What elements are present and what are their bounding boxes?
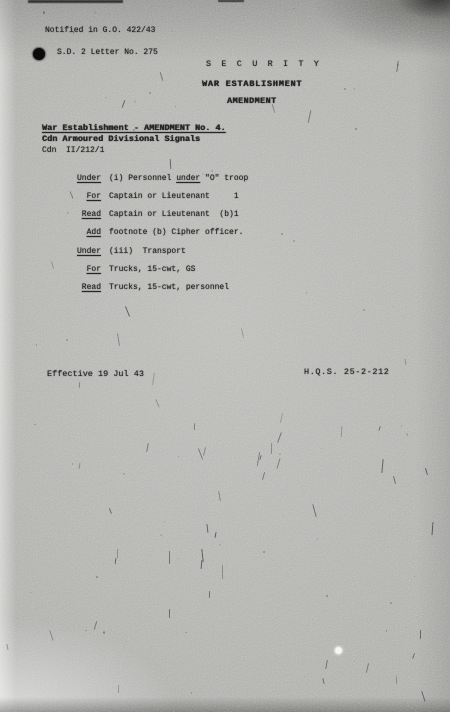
speck [178,558,179,559]
speck [105,97,107,99]
scratch-mark [259,455,261,460]
hole-punch-dot [33,48,45,60]
speck [191,692,192,693]
notified-line: Notified in G.O. 422/43 [45,26,155,36]
speck [304,676,305,677]
speck [321,448,322,449]
corner-smudge [396,0,450,20]
speck [354,661,355,662]
speck [414,576,415,577]
scratch-mark [241,328,244,338]
scratch-mark [117,549,118,558]
scratch-mark [169,551,170,564]
security-classification: S E C U R I T Y [206,59,322,69]
scratch-mark [420,630,421,639]
scratch-mark [109,508,112,514]
scratch-mark [425,468,428,475]
amendment-text: Trucks, 15-cwt, personnel [101,283,229,293]
amendment-row: Under (iii) Transport [70,247,186,257]
scratch-mark [170,159,172,169]
speck [185,632,187,634]
scratch-mark [79,382,80,388]
scratch-mark [206,524,208,534]
scratch-mark [51,261,54,269]
speck [123,473,125,475]
speck [355,128,357,130]
speck [283,515,284,516]
scratch-mark [209,591,210,598]
amendment-row: For Captain or Lieutenant 1 [70,192,239,202]
speck [149,92,151,94]
speck [293,8,295,10]
amendment-text: Trucks, 15-cwt, GS [101,265,195,275]
speck [94,11,96,13]
scanned-document-page: Notified in G.O. 422/43 S.D. 2 Letter No… [0,0,450,712]
amendment-row: Read Captain or Lieutenant (b)1 [70,210,239,220]
scratch-mark [421,691,426,702]
amendment-keyword: Under [70,174,101,184]
speck [297,75,298,76]
scratch-mark [280,413,283,423]
speck [363,309,365,311]
scratch-mark [379,426,381,431]
scratch-mark [270,443,271,454]
amendment-text: (i) Personnel under "O" troop [101,174,248,184]
speck [72,463,74,465]
scratch-mark [393,476,396,484]
scratch-mark [125,306,130,316]
amendment-row: Add footnote (b) Cipher officer. [70,228,243,238]
speck [36,344,37,345]
scratch-mark [405,359,407,366]
speck [344,88,346,90]
scratch-mark [146,443,149,452]
amendment-keyword: Read [70,283,101,293]
speck [279,453,280,454]
scratch-mark [122,100,126,108]
scratch-mark [432,522,434,535]
speck [392,306,393,307]
scratch-mark [277,432,282,443]
speck [67,212,69,214]
scratch-mark [50,630,54,641]
scratch-mark [396,61,398,72]
scratch-mark [365,663,368,673]
scratch-mark [78,463,80,469]
speck [317,538,318,539]
scratch-mark [313,504,318,517]
speck [326,595,328,597]
speck [175,106,176,107]
speck [390,602,392,604]
scratch-mark [214,532,216,538]
effective-date: Effective 19 Jul 43 [47,369,144,379]
scratch-mark [159,72,163,81]
speck [103,631,105,633]
scratch-mark [117,333,120,346]
amendment-keyword: Under [70,247,101,257]
speck [281,233,283,235]
paper-flaw-dot [335,647,342,654]
speck [178,456,179,457]
speck [77,121,78,122]
scratch-mark [117,685,118,693]
scratch-mark [152,373,155,385]
speck [34,424,36,426]
scan-edge-line [218,0,244,2]
scratch-mark [203,447,206,456]
establishment-reference: Cdn II/212/1 [42,146,104,156]
speck [401,425,403,427]
amendment-text: (iii) Transport [101,247,186,257]
amendment-row: Read Trucks, 15-cwt, personnel [70,283,229,293]
speck [172,31,173,32]
speck [211,170,213,172]
scratch-mark [262,472,265,480]
speck [66,339,68,341]
unit-name: Cdn Armoured Divisional Signals [42,134,200,144]
scratch-mark [381,459,383,473]
speck [354,88,355,89]
scratch-mark [277,458,281,469]
amendment-text: footnote (b) Cipher officer. [101,228,243,238]
scratch-mark [94,621,98,630]
speck [164,521,165,522]
amendment-text-pre: (i) Personnel [109,174,176,183]
sd-letter-line: S.D. 2 Letter No. 275 [57,48,158,58]
speck [43,11,45,13]
amendment-text-post: "O" troop [200,174,248,183]
scratch-mark [156,399,160,407]
speck [96,576,98,578]
amendment-row: Under (i) Personnel under "O" troop [70,174,248,184]
scratch-mark [308,110,312,123]
speck [406,433,408,435]
header-war-establishment: WAR ESTABLISHMENT [202,79,302,89]
scratch-mark [114,558,116,564]
speck [293,240,294,241]
amendment-keyword: For [70,265,101,275]
amendment-keyword: Add [70,228,101,238]
speck [30,592,31,593]
scratch-mark [395,676,396,684]
scan-edge-line [28,0,123,3]
scratch-mark [6,643,8,650]
amendment-row: For Trucks, 15-cwt, GS [70,265,195,275]
speck [306,292,307,293]
speck [397,64,399,66]
scratch-mark [194,423,195,430]
scratch-mark [322,678,324,684]
speck [263,551,265,553]
speck [160,534,162,536]
scratch-mark [169,609,170,618]
scratch-mark [221,565,222,579]
scratch-mark [218,491,221,501]
speck [219,544,221,546]
speck [439,174,440,175]
speck [134,100,136,102]
amendment-text: Captain or Lieutenant (b)1 [101,210,239,220]
file-reference: H.Q.S. 25-2-212 [304,367,390,377]
amendment-keyword: For [70,192,101,202]
scratch-mark [325,660,328,669]
amendment-text: Captain or Lieutenant 1 [101,192,239,202]
amendment-keyword: Read [70,210,101,220]
speck [386,630,388,632]
scratch-mark [412,653,415,659]
amendment-text-underlined: under [176,174,200,183]
film-grain-overlay [0,0,450,712]
speck [85,630,87,632]
scratch-mark [341,426,342,437]
header-amendment: AMENDMENT [227,96,277,106]
